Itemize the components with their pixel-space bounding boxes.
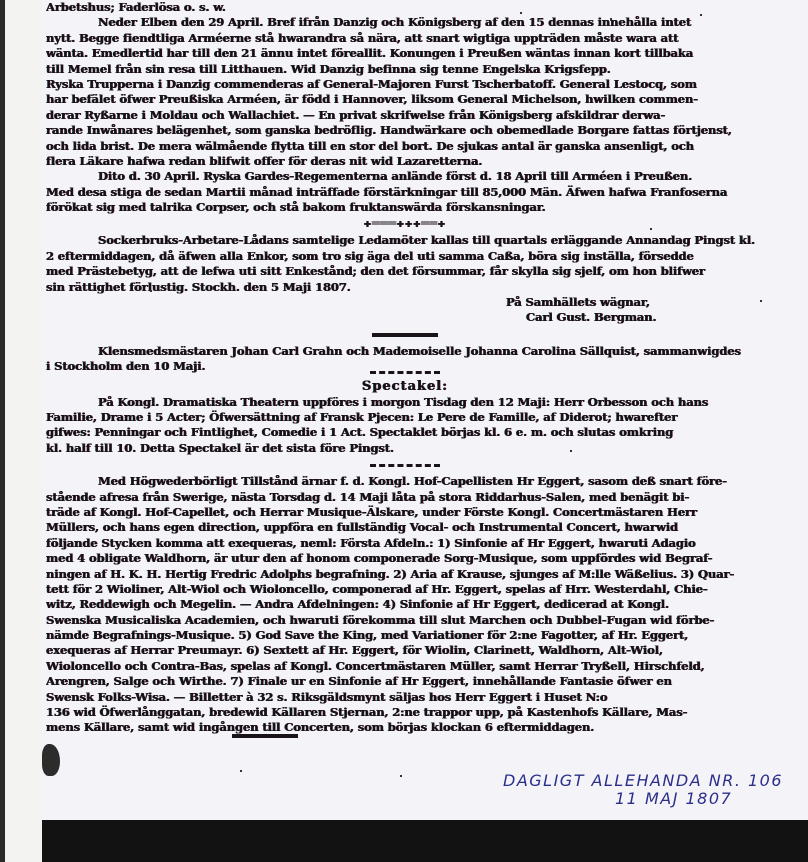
handwritten-source-annotation: DAGLIGT ALLEHANDA NR. 106 11 MAJ 1807 (503, 772, 803, 808)
text-line: stående afresa från Swerige, nästa Torsd… (46, 490, 764, 505)
signature-name: Carl Gust. Bergman. (46, 310, 764, 325)
text-line: exequeras af Herrar Preumayr. 6) Sextett… (46, 643, 764, 658)
text-line: gifwes: Penningar och Fintlighet, Comedi… (46, 425, 764, 440)
scan-speck (700, 14, 702, 16)
text-line: Med desa stiga de sedan Martii månad int… (46, 185, 764, 200)
text-line: flera Läkare hafwa redan blifwit offer f… (46, 154, 764, 169)
text-line: Familie, Drame i 5 Acter; Öfwersättning … (46, 410, 764, 425)
text-line: nämde Begrafnings-Musique. 5) God Save t… (46, 628, 764, 643)
text-line: wänta. Emedlertid har till den 21 ännu i… (46, 46, 764, 61)
scan-speck (520, 12, 522, 14)
text-line: Dito d. 30 April. Ryska Gardes-Regemente… (46, 169, 764, 184)
text-line: med 4 obligate Waldhorn, är utur den af … (46, 551, 764, 566)
text-line: har befälet öfwer Preußiska Arméen, är f… (46, 92, 764, 107)
text-line: rande Inwånares belägenhet, som ganska b… (46, 123, 764, 138)
text-line: ningen af H. K. H. Hertig Fredric Adolph… (46, 567, 764, 582)
text-line: sin rättighet förlustig. Stockh. den 5 M… (46, 280, 764, 295)
text-line: Müllers, och hans egen direction, uppför… (46, 520, 764, 535)
scan-speck (150, 290, 152, 292)
text-line: förökat sig med talrika Corpser, och stå… (46, 200, 764, 215)
text-line: Ryska Trupperna i Danzig commenderas af … (46, 77, 764, 92)
text-line: kl. half till 10. Detta Spectakel är det… (46, 441, 764, 456)
concert-notice: Med Högwederbörligt Tillstånd ärnar f. d… (46, 474, 764, 736)
rule-divider (372, 333, 438, 337)
dash-divider (370, 371, 440, 374)
rule-separator (46, 328, 764, 342)
text-line: 2 eftermiddagen, då äfwen alla Enkor, so… (46, 249, 764, 264)
notice-sockerbruk: Sockerbruks-Arbetare-Lådans samtelige Le… (46, 233, 764, 325)
text-line: 136 wid Öfwerlånggatan, bredewid Källare… (46, 705, 764, 720)
text-line: och lida brist. De mera wälmående flytta… (46, 139, 764, 154)
dash-separator (46, 371, 764, 377)
signature-line: På Samhällets wägnar, (46, 295, 764, 310)
scan-speck (240, 770, 242, 772)
text-line: Sockerbruks-Arbetare-Lådans samtelige Le… (46, 233, 764, 248)
scan-speck (650, 228, 652, 230)
text-line: följande Stycken komma att exequeras, ne… (46, 536, 764, 551)
annotation-publication: DAGLIGT ALLEHANDA NR. 106 (503, 772, 803, 790)
scan-speck (570, 450, 572, 452)
spectakel-section: Spectakel: På Kongl. Dramatiska Theatern… (46, 379, 764, 457)
text-line: Swensk Folks-Wisa. — Billetter à 32 s. R… (46, 690, 764, 705)
fragment-line: Arbetshus; Faderlösa o. s. w. (46, 0, 764, 15)
text-line: På Kongl. Dramatiska Theatern uppföres i… (46, 395, 764, 410)
newspaper-text-column: Arbetshus; Faderlösa o. s. w. Neder Elbe… (46, 0, 764, 736)
scanned-clipping: Arbetshus; Faderlösa o. s. w. Neder Elbe… (0, 0, 808, 862)
text-line: Wioloncello och Contra-Bas, spelas af Ko… (46, 659, 764, 674)
end-rule-divider (232, 734, 298, 738)
text-line: Neder Elben den 29 April. Bref ifrån Dan… (46, 15, 764, 30)
annotation-date: 11 MAJ 1807 (503, 790, 803, 808)
news-paragraph-april-30: Dito d. 30 April. Ryska Gardes-Regemente… (46, 169, 764, 215)
scan-margin (5, 0, 42, 862)
text-line: mens Källare, samt wid ingången till Con… (46, 720, 764, 735)
scan-bottom-border (42, 820, 808, 862)
ornament-separator: ✚═══✚✚✚══✚ (46, 217, 764, 231)
scan-speck (760, 300, 762, 302)
text-line: med Prästebetyg, att de lefwa uti sitt E… (46, 264, 764, 279)
news-paragraph-elbe: Neder Elben den 29 April. Bref ifrån Dan… (46, 15, 764, 169)
scan-speck (400, 775, 402, 777)
text-line: Arengren, Salge och Wirthe. 7) Finale ur… (46, 674, 764, 689)
text-line: Swenska Musicaliska Academien, och hwaru… (46, 613, 764, 628)
ornament-divider-icon: ✚═══✚✚✚══✚ (364, 216, 446, 231)
text-line: tett för 2 Wioliner, Alt-Wiol och Wiolon… (46, 582, 764, 597)
text-line: träde af Kongl. Hof-Capellet, och Herrar… (46, 505, 764, 520)
section-heading: Spectakel: (46, 379, 764, 395)
dash-separator (46, 458, 764, 472)
scan-speck (610, 18, 612, 20)
text-line: witz, Reddewigh och Megelin. — Andra Afd… (46, 597, 764, 612)
text-line: Klensmedsmästaren Johan Carl Grahn och M… (46, 344, 764, 359)
text-line: Med Högwederbörligt Tillstånd ärnar f. d… (46, 474, 764, 489)
dash-divider (370, 464, 440, 467)
ink-blot (42, 744, 60, 776)
text-line: nytt. Begge fiendtliga Arméerne stå hwar… (46, 31, 764, 46)
text-line: derar Ryßarne i Moldau och Wallachiet. —… (46, 108, 764, 123)
text-line: till Memel från sin resa till Litthauen.… (46, 62, 764, 77)
